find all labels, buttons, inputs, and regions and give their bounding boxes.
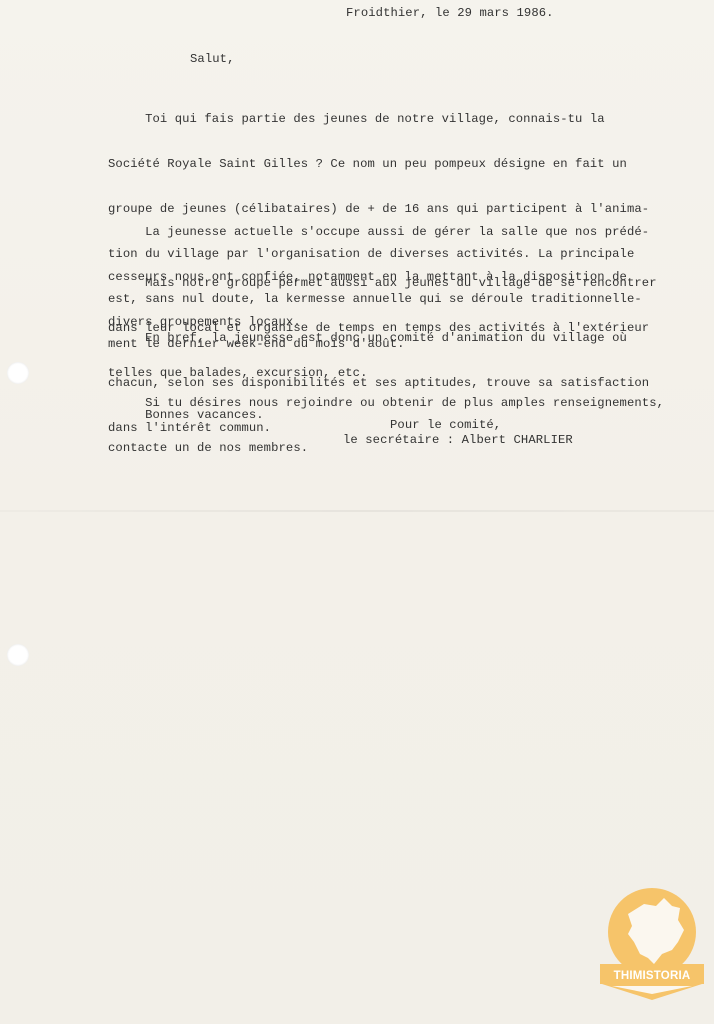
paragraph-line: En bref, la jeunesse est donc un comité … — [108, 331, 649, 346]
date-line: Froidthier, le 29 mars 1986. — [346, 6, 554, 21]
paragraph-5: Si tu désires nous rejoindre ou obtenir … — [108, 366, 664, 486]
signature-committee: Pour le comité, — [390, 418, 501, 433]
watermark-label: THIMISTORIA — [598, 970, 706, 982]
punch-hole-top — [7, 362, 29, 384]
paper-fold-line — [0, 510, 714, 512]
paragraph-line: La jeunesse actuelle s'occupe aussi de g… — [108, 225, 649, 240]
letter-page: Froidthier, le 29 mars 1986. Salut, Toi … — [0, 0, 714, 1024]
closing-line: Bonnes vacances. — [108, 408, 264, 423]
signature-secretary: le secrétaire : Albert CHARLIER — [343, 433, 573, 448]
paragraph-line: Société Royale Saint Gilles ? Ce nom un … — [108, 157, 649, 172]
greeting: Salut, — [190, 52, 234, 67]
paragraph-line: Mais notre groupe permet aussi aux jeune… — [108, 276, 657, 291]
punch-hole-bottom — [7, 644, 29, 666]
paragraph-line: Toi qui fais partie des jeunes de notre … — [108, 112, 649, 127]
thimistoria-watermark-logo: THIMISTORIA — [598, 884, 706, 1006]
map-book-icon — [598, 884, 706, 1006]
